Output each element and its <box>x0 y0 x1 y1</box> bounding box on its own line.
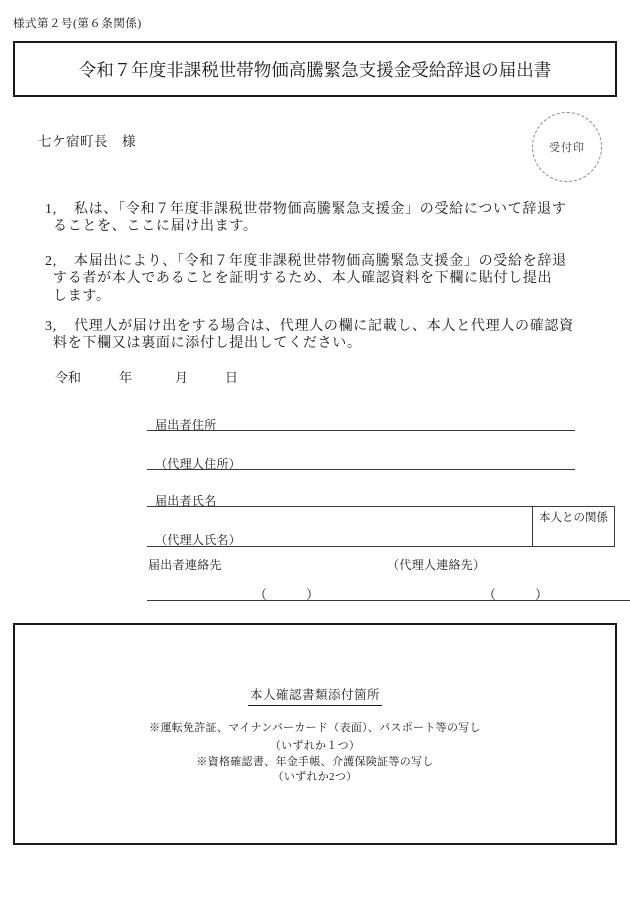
paragraph-2: 2, 本届出により、「令和７年度非課税世帯物価高騰緊急支援金」の受給を辞退 する… <box>45 253 590 305</box>
agent-address-line <box>147 469 575 470</box>
reception-stamp-label: 受付印 <box>549 139 585 155</box>
contact-line <box>147 600 630 601</box>
title-box: 令和７年度非課税世帯物価高騰緊急支援金受給辞退の届出書 <box>13 41 617 97</box>
attachment-note-4: （いずれか2つ） <box>15 770 615 785</box>
date-year-label: 年 <box>119 367 132 386</box>
paragraph-3-text: 代理人が届け出をする場合は、代理人の欄に記載し、本人と代理人の確認資 料を下欄又… <box>53 318 590 353</box>
paragraph-3-number: 3, <box>45 318 57 335</box>
attachment-box-title: 本人確認書類添付箇所 <box>15 685 615 706</box>
paragraph-1-text: 私は、「令和７年度非課税世帯物価高騰緊急支援金」の受給について辞退す ることを、… <box>53 201 590 236</box>
relation-label: 本人との関係 <box>539 506 608 525</box>
attachment-note-2: （いずれか１つ） <box>15 739 615 754</box>
form-number: 様式第２号(第６条関係) <box>13 15 142 31</box>
form-title: 令和７年度非課税世帯物価高騰緊急支援金受給辞退の届出書 <box>79 57 552 82</box>
paragraph-3: 3, 代理人が届け出をする場合は、代理人の欄に記載し、本人と代理人の確認資 料を… <box>45 318 590 353</box>
paragraph-1: 1, 私は、「令和７年度非課税世帯物価高騰緊急支援金」の受給について辞退す るこ… <box>45 201 590 236</box>
addressee: 七ケ宿町長 様 <box>38 130 136 150</box>
agent-name-line <box>147 546 615 547</box>
form-page: 様式第２号(第６条関係) 令和７年度非課税世帯物価高騰緊急支援金受給辞退の届出書… <box>0 0 630 903</box>
attachment-note-1: ※運転免許証、マイナンバーカード（表面）、パスポート等の写し <box>15 721 615 736</box>
paragraph-2-text: 本届出により、「令和７年度非課税世帯物価高騰緊急支援金」の受給を辞退 する者が本… <box>53 253 590 305</box>
applicant-address-line <box>147 430 575 431</box>
relation-box: 本人との関係 <box>532 506 615 546</box>
date-day-label: 日 <box>225 367 238 386</box>
attachment-box-notes: ※運転免許証、マイナンバーカード（表面）、パスポート等の写し （いずれか１つ） … <box>15 721 615 785</box>
reception-stamp-area: 受付印 <box>532 112 602 182</box>
agent-contact-label: （代理人連絡先） <box>387 556 485 573</box>
date-month-label: 月 <box>175 367 188 386</box>
attachment-box-title-text: 本人確認書類添付箇所 <box>248 685 382 706</box>
paragraph-1-number: 1, <box>45 201 57 218</box>
paragraph-2-number: 2, <box>45 253 57 270</box>
date-era-label: 令和 <box>55 367 81 386</box>
applicant-contact-label: 届出者連絡先 <box>148 556 222 573</box>
id-attachment-box: 本人確認書類添付箇所 ※運転免許証、マイナンバーカード（表面）、パスポート等の写… <box>13 623 617 845</box>
attachment-note-3: ※資格確認書、年金手帳、介護保険証等の写し <box>15 755 615 770</box>
